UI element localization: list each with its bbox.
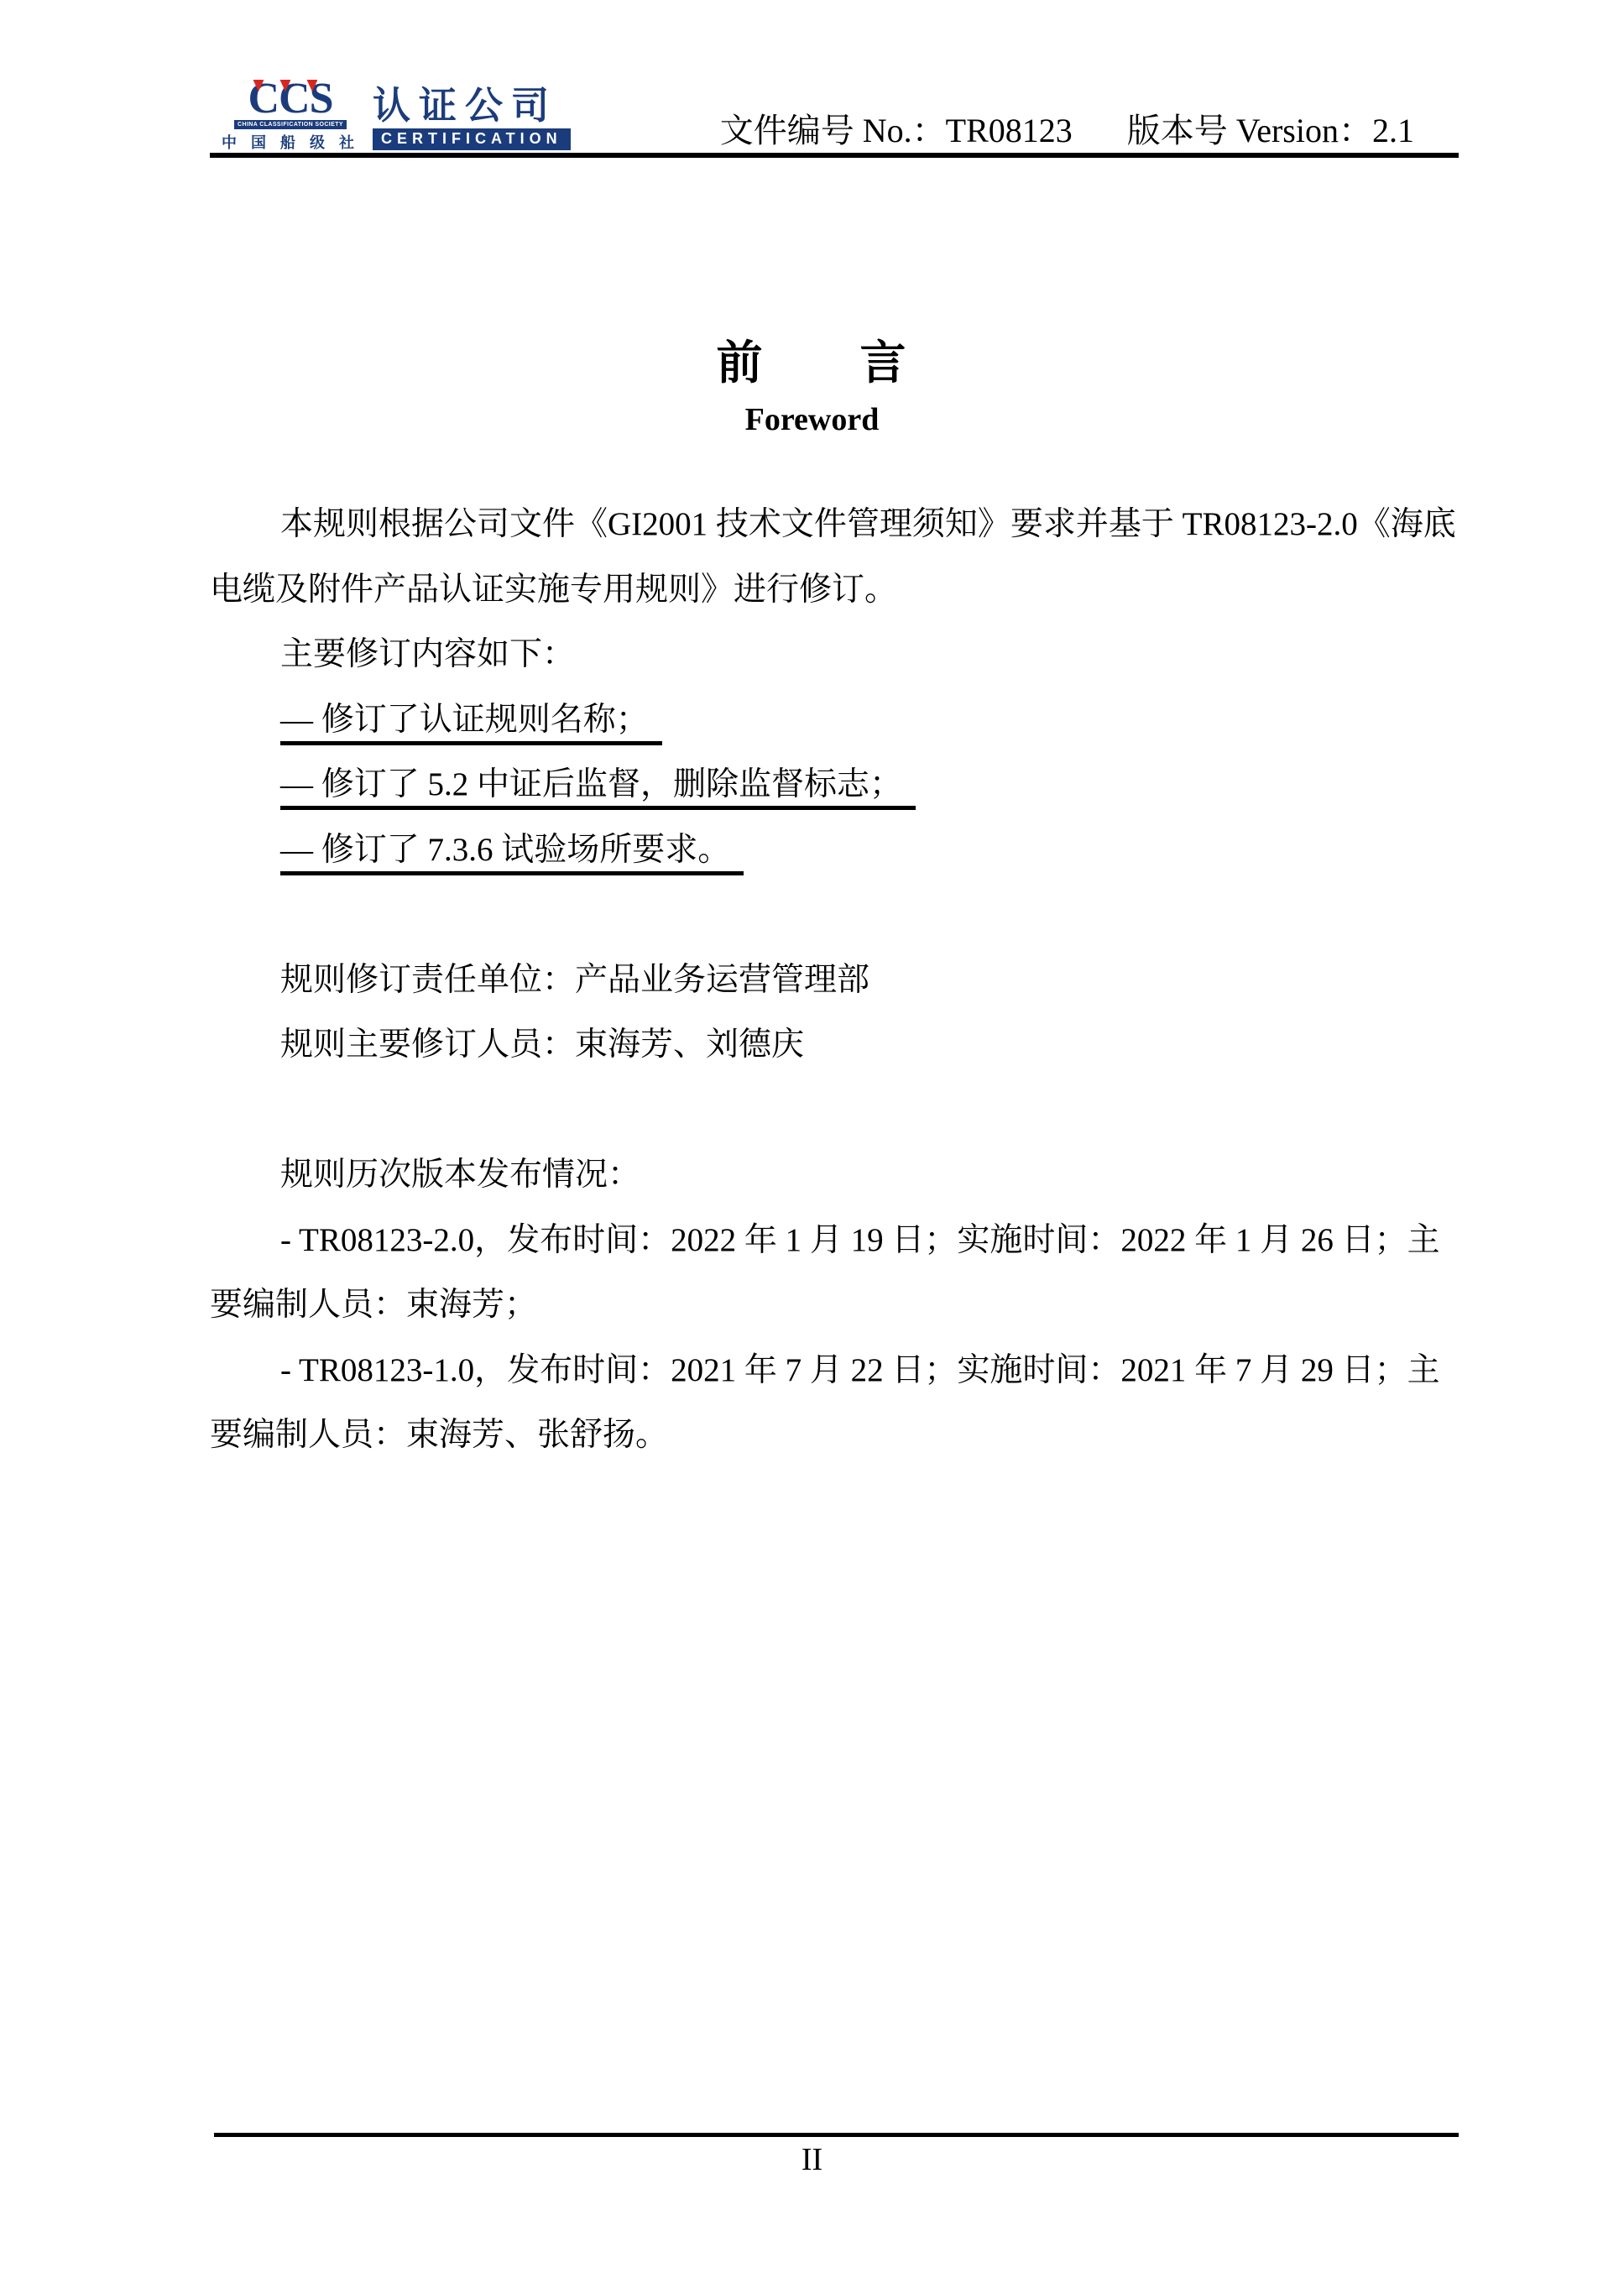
body-line: - TR08123-1.0，发布时间：2021 年 7 月 22 日；实施时间：… xyxy=(210,1338,1460,1403)
document-page: CCS CHINA CLASSIFICATION SOCIETY 中 国 船 级… xyxy=(0,0,1624,2278)
body-line: 电缆及附件产品认证实施专用规则》进行修订。 xyxy=(210,557,1460,623)
certification-banner: CERTIFICATION xyxy=(373,128,571,150)
body-line: 要编制人员：束海芳、张舒扬。 xyxy=(210,1403,1460,1468)
foreword-body: 本规则根据公司文件《GI2001 技术文件管理须知》要求并基于 TR08123-… xyxy=(210,492,1460,1468)
revision-item-line: — 修订了 5.2 中证后监督，删除监督标志； xyxy=(210,752,1460,818)
body-line: - TR08123-2.0，发布时间：2022 年 1 月 19 日；实施时间：… xyxy=(210,1208,1460,1273)
body-line: 规则主要修订人员：束海芳、刘德庆 xyxy=(210,1012,1460,1078)
body-line: 规则修订责任单位：产品业务运营管理部 xyxy=(210,948,1460,1013)
revision-item-line: — 修订了 7.3.6 试验场所要求。 xyxy=(210,818,1460,883)
body-line xyxy=(210,882,1460,948)
ccs-logo: CCS CHINA CLASSIFICATION SOCIETY 中 国 船 级… xyxy=(222,82,571,153)
company-name-cn: 认证公司 xyxy=(373,86,571,124)
underlined-revision-text: — 修订了 7.3.6 试验场所要求。 xyxy=(280,832,744,875)
ccs-wordmark: CCS xyxy=(248,82,332,117)
underlined-revision-text: — 修订了 5.2 中证后监督，删除监督标志； xyxy=(280,766,916,810)
society-name-cn: 中 国 船 级 社 xyxy=(222,131,359,153)
body-line: 要编制人员：束海芳； xyxy=(210,1272,1460,1338)
body-line: 主要修订内容如下： xyxy=(210,622,1460,687)
document-version: 版本号 Version：2.1 xyxy=(1127,112,1414,149)
body-line: 规则历次版本发布情况： xyxy=(210,1142,1460,1208)
document-meta: 文件编号 No.：TR08123 版本号 Version：2.1 xyxy=(720,104,1414,152)
underlined-revision-text: — 修订了认证规则名称； xyxy=(280,702,662,745)
ccs-logo-left: CCS CHINA CLASSIFICATION SOCIETY 中 国 船 级… xyxy=(222,82,359,153)
page-title-en: Foreword xyxy=(0,401,1624,438)
revision-item-line: — 修订了认证规则名称； xyxy=(210,687,1460,753)
footer-divider xyxy=(214,2133,1459,2137)
document-number: 文件编号 No.：TR08123 xyxy=(720,112,1073,149)
page-title-cn: 前 言 xyxy=(0,326,1624,392)
body-line xyxy=(210,1078,1460,1143)
ccs-logo-right: 认证公司 CERTIFICATION xyxy=(373,86,571,150)
body-line: 本规则根据公司文件《GI2001 技术文件管理须知》要求并基于 TR08123-… xyxy=(210,492,1460,557)
header-divider xyxy=(210,153,1459,158)
page-number: II xyxy=(0,2141,1624,2178)
